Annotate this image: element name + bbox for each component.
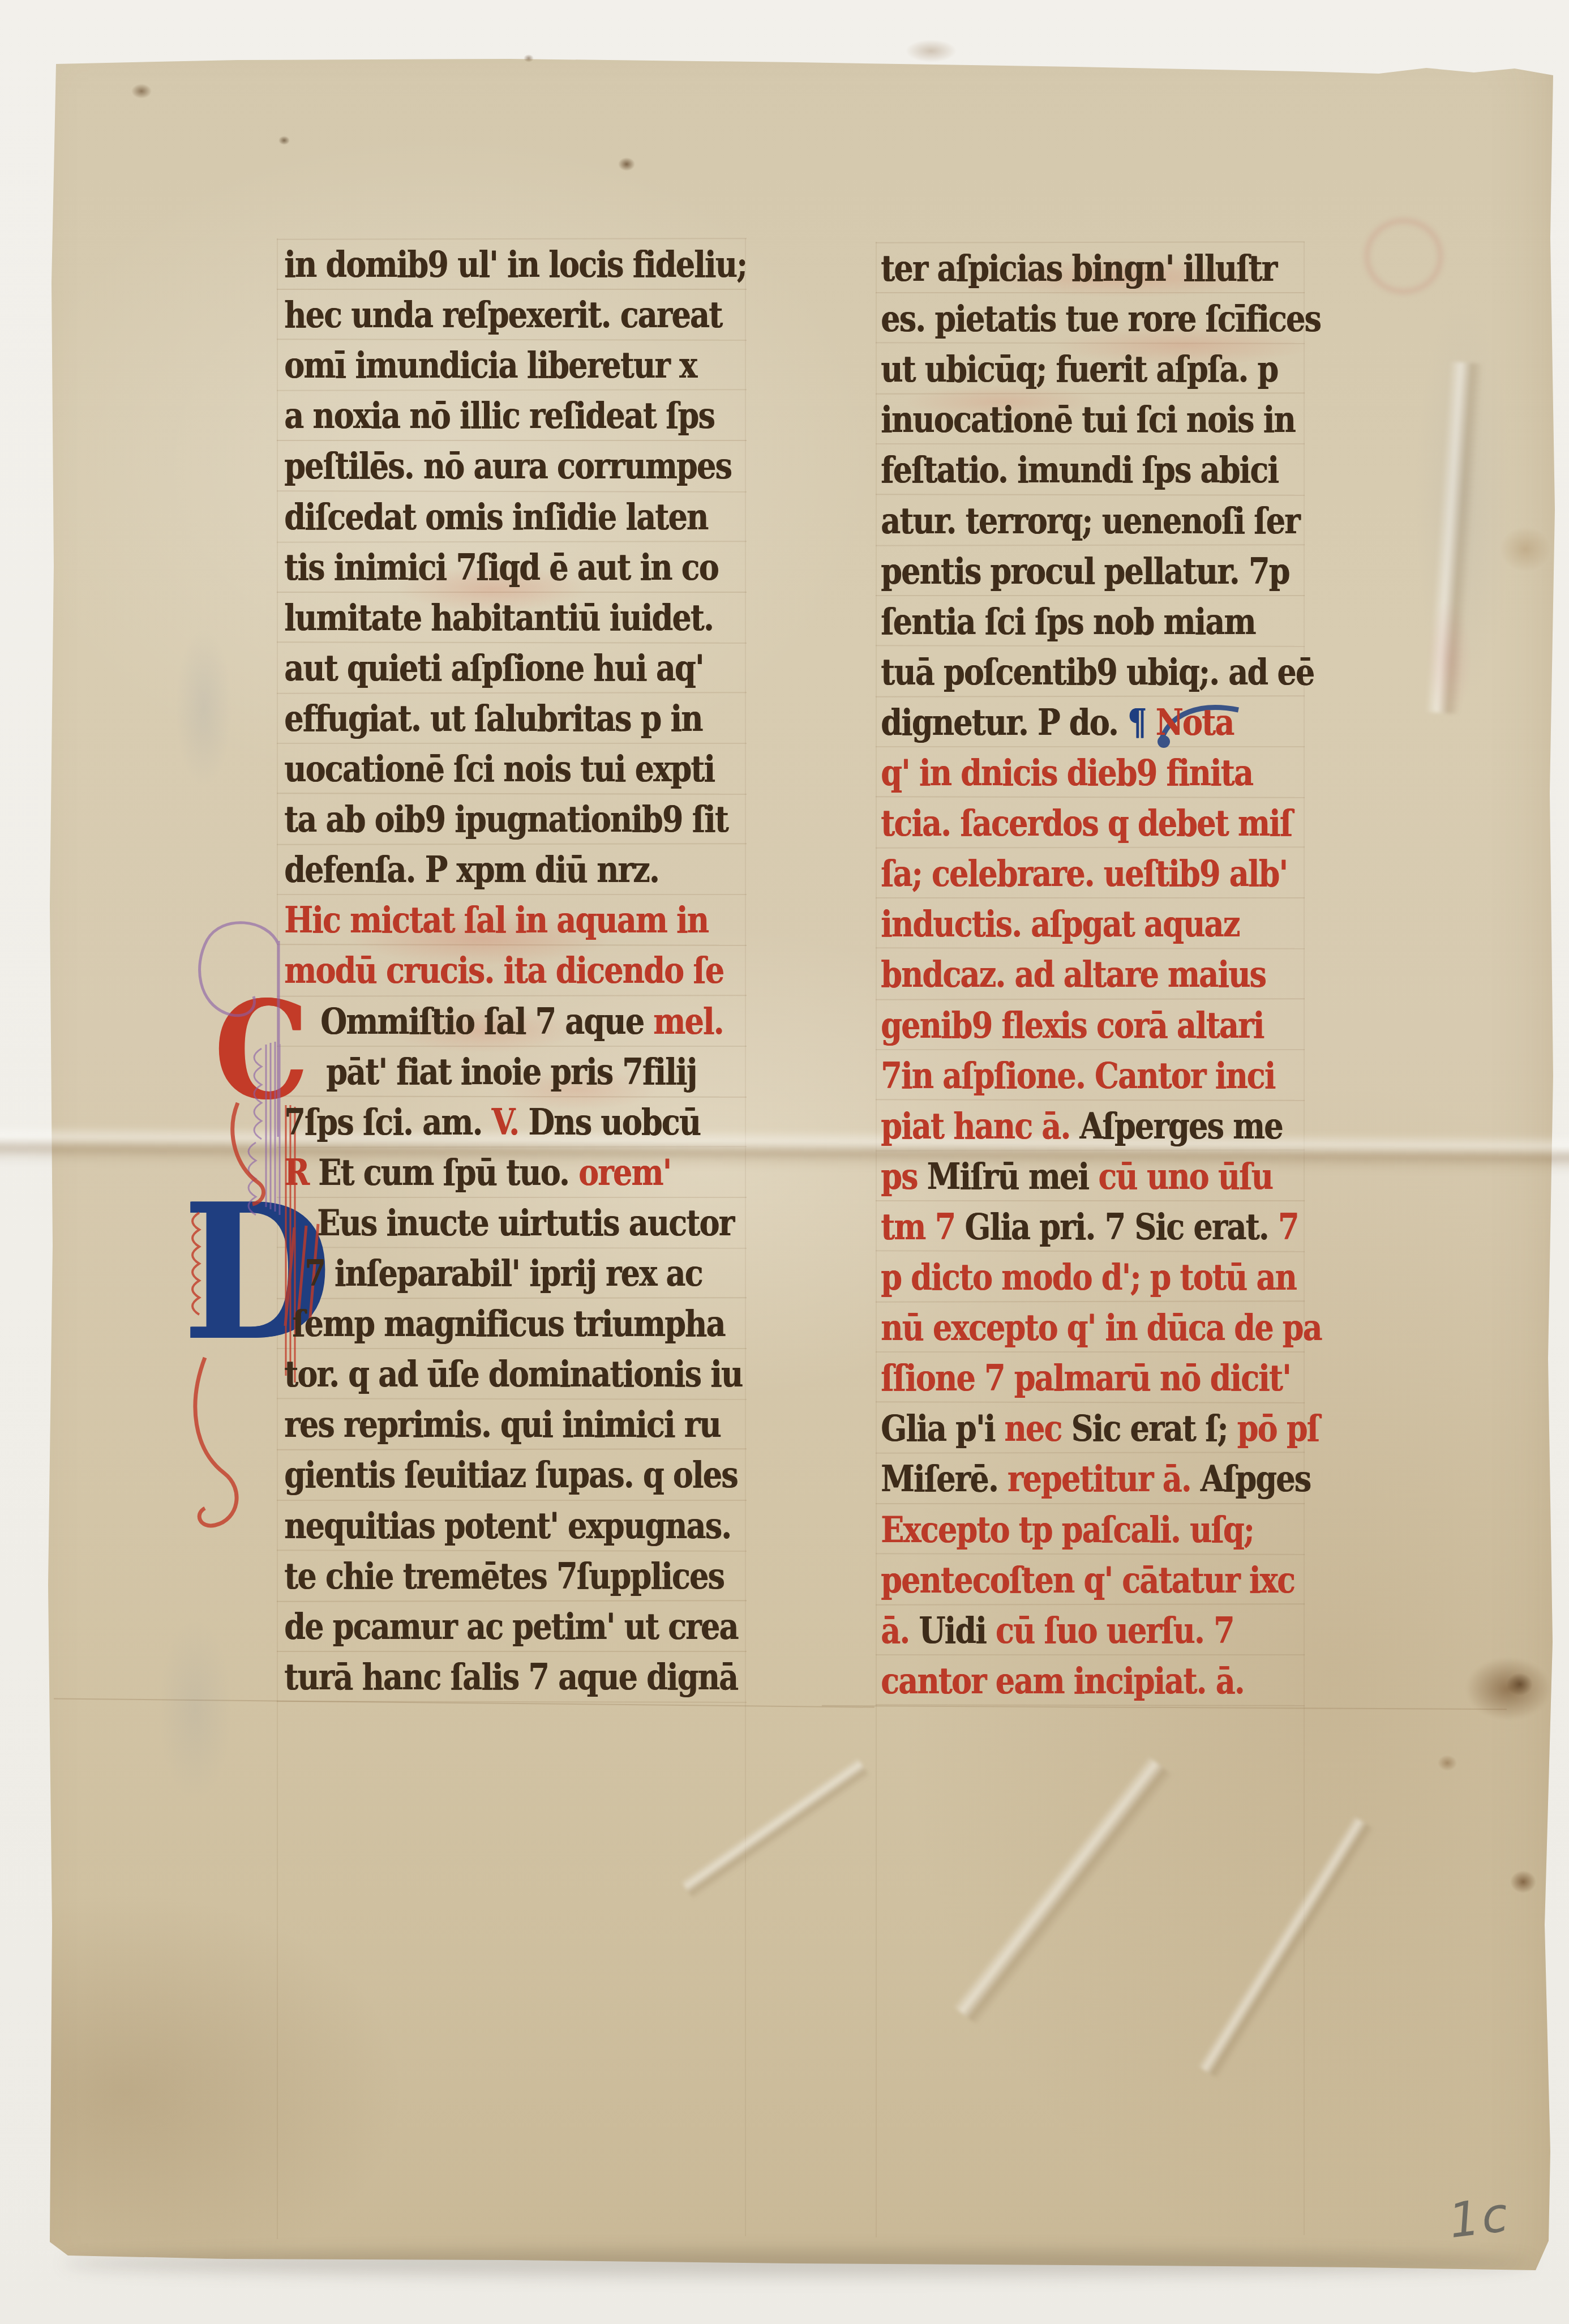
text-line: Excepto tp paſcali. uſq;: [881, 1505, 1254, 1556]
text-segment-red: ps: [881, 1155, 927, 1198]
text-line: 7ſps ſci. am. V. Dns uobcū: [284, 1097, 700, 1148]
text-segment-black: Miſerē.: [881, 1458, 1008, 1500]
text-line: a noxia nō illic reſideat ſps: [284, 391, 714, 442]
text-line: nū excepto q' in dūca de pa: [881, 1303, 1322, 1354]
text-line: cantor eam incipiat. ā.: [881, 1656, 1244, 1707]
text-segment-black: dignetur. P do.: [881, 701, 1128, 744]
text-segment-black: de pcamur ac petim' ut crea: [284, 1606, 738, 1648]
text-line: peſtilēs. nō aura corrumpes: [284, 441, 731, 492]
text-line: pentecoſten q' cātatur ixc: [881, 1555, 1294, 1606]
text-line: bndcaz. ad altare maius: [881, 949, 1266, 1000]
text-segment-red: p dicto modo d'; p totū an: [881, 1256, 1296, 1299]
stain: [618, 157, 635, 171]
text-segment-black: uocationē ſci nois tui expti: [284, 748, 714, 790]
text-segment-black: aut quieti aſpſione hui aq': [284, 647, 704, 690]
text-line: te chie tremētes 7ſupplices: [284, 1551, 724, 1602]
text-segment-black: Glia pri. 7 Sic erat.: [964, 1206, 1278, 1248]
text-segment-red: q' in dnicis dieb9 finita: [881, 752, 1253, 794]
text-segment-black: ſemp magnificus triumpha: [292, 1303, 725, 1345]
text-line: 7 inſeparabil' iprij rex ac: [305, 1248, 702, 1299]
text-segment-black: Ommiſtio ſal 7 aque: [320, 1000, 653, 1043]
text-segment-black: a noxia nō illic reſideat ſps: [284, 395, 714, 437]
text-segment-red: V.: [491, 1101, 528, 1144]
text-segment-black: defenſa. P xpm diū nrz.: [284, 849, 659, 891]
text-segment-black: Uidi: [919, 1610, 996, 1652]
text-line: tuā poſcentib9 ubiq;. ad eē: [881, 647, 1314, 698]
offset-ink-ring: [1364, 218, 1443, 294]
text-segment-black: tor. q ad ūſe dominationis iu: [284, 1353, 742, 1396]
stain: [1510, 1871, 1536, 1893]
text-segment-black: Miſrū mei: [927, 1155, 1099, 1198]
text-segment-black: atur. terrorq; uenenoſi ſer: [881, 500, 1300, 542]
decorated-initial-c: C: [214, 998, 308, 1105]
text-segment-black: Et cum ſpū tuo.: [318, 1152, 578, 1194]
text-line: nequitias potent' expugnas.: [284, 1501, 731, 1552]
text-line: ſſione 7 palmarū nō dicit': [881, 1353, 1291, 1404]
text-line: es. pietatis tue rore ſcīfices: [881, 294, 1321, 345]
text-segment-red: cantor eam incipiat. ā.: [881, 1660, 1244, 1702]
text-segment-black: res reprimis. qui inimici ru: [284, 1403, 721, 1446]
text-line: pāt' fiat inoie pris 7filij: [326, 1047, 696, 1098]
stain: [524, 54, 534, 62]
text-line: hec unda reſpexerit. careat: [284, 290, 722, 341]
text-line: ut ubicūq; fuerit aſpſa. p: [881, 344, 1278, 395]
ruling-line-vertical: [876, 242, 877, 2237]
text-line: ā. Uidi cū ſuo uerſu. 7: [881, 1606, 1234, 1657]
text-segment-black: tuā poſcentib9 ubiq;. ad eē: [881, 651, 1314, 694]
text-segment-red: pō pſ: [1237, 1407, 1319, 1450]
text-segment-red: inductis. aſpgat aquaz: [881, 903, 1239, 945]
text-segment-red: mel.: [653, 1000, 723, 1043]
text-segment-blue: ¶: [1128, 701, 1156, 744]
text-line: ſa; celebrare. ueſtib9 alb': [881, 849, 1287, 900]
text-segment-red: nec: [1004, 1407, 1071, 1450]
text-line: lumitate habitantiū iuidet.: [284, 593, 713, 644]
text-segment-red: modū crucis. ita dicendo ſe: [284, 949, 723, 992]
text-line: tor. q ad ūſe dominationis iu: [284, 1349, 742, 1400]
stain: [906, 40, 957, 62]
text-line: in domib9 ul' in locis fideliu;: [284, 239, 747, 290]
text-line: ps Miſrū mei cū uno ūſu: [881, 1152, 1272, 1202]
text-segment-black: pāt' fiat inoie pris 7filij: [326, 1051, 696, 1093]
text-segment-black: ut ubicūq; fuerit aſpſa. p: [881, 348, 1278, 391]
text-segment-black: es. pietatis tue rore ſcīfices: [881, 298, 1321, 340]
text-segment-black: Eus inucte uirtutis auctor: [317, 1202, 734, 1244]
show-through-ghost: [1415, 294, 1511, 702]
text-segment-black: in domib9 ul' in locis fideliu;: [284, 243, 747, 286]
text-line: atur. terrorq; uenenoſi ſer: [881, 496, 1300, 547]
text-segment-black: peſtilēs. nō aura corrumpes: [284, 445, 731, 487]
stain: [1438, 1755, 1457, 1771]
text-segment-red: cū uno ūſu: [1098, 1155, 1272, 1198]
text-line: ſentia ſci ſps nob miam: [881, 597, 1255, 648]
text-segment-black: gientis ſeuitiaz ſupas. q oles: [284, 1454, 738, 1496]
text-segment-black: Sic erat ſ;: [1071, 1407, 1237, 1450]
text-line: defenſa. P xpm diū nrz.: [284, 845, 659, 896]
text-segment-black: Aſpges: [1201, 1458, 1310, 1500]
text-segment-red: tm 7: [881, 1206, 964, 1248]
text-segment-red: Nota: [1155, 701, 1233, 744]
text-line: ta ab oib9 ipugnationib9 ſit: [284, 794, 728, 845]
text-segment-black: ter aſpicias bingn' illuſtr: [881, 247, 1276, 290]
text-line: 7in aſpſione. Cantor inci: [881, 1051, 1275, 1102]
text-line: dignetur. P do. ¶ Nota: [881, 697, 1233, 748]
text-segment-red: ā.: [881, 1610, 919, 1652]
text-segment-red: tcia. ſacerdos q debet miſ: [881, 802, 1292, 845]
text-segment-black: hec unda reſpexerit. careat: [284, 294, 722, 336]
text-line: p dicto modo d'; p totū an: [881, 1252, 1296, 1303]
text-segment-black: lumitate habitantiū iuidet.: [284, 597, 713, 639]
text-segment-black: feſtatio. imundi ſps abici: [881, 449, 1278, 491]
text-segment-black: Aſperges me: [1079, 1105, 1282, 1148]
text-segment-black: Glia p'i: [881, 1407, 1004, 1450]
stain: [1507, 1673, 1533, 1696]
text-line: Ommiſtio ſal 7 aque mel.: [320, 996, 723, 1047]
ruling-line-vertical: [745, 238, 746, 2236]
text-line: modū crucis. ita dicendo ſe: [284, 945, 723, 996]
text-line: pentis procul pellatur. 7p: [881, 546, 1289, 597]
text-line: tcia. ſacerdos q debet miſ: [881, 798, 1292, 849]
text-segment-red: Hic mictat ſal in aquam in: [284, 899, 708, 941]
text-line: gientis ſeuitiaz ſupas. q oles: [284, 1450, 738, 1501]
text-segment-red: genib9 flexis corā altari: [881, 1004, 1263, 1047]
text-segment-black: tis inimici 7ſiqd ē aut in co: [284, 546, 718, 589]
text-line: inductis. aſpgat aquaz: [881, 899, 1239, 950]
text-segment-black: pentis procul pellatur. 7p: [881, 550, 1289, 593]
text-segment-red: nū excepto q' in dūca de pa: [881, 1307, 1322, 1349]
text-line: Glia p'i nec Sic erat ſ; pō pſ: [881, 1403, 1319, 1454]
text-line: R Et cum ſpū tuo. orem': [284, 1148, 671, 1199]
text-line: turā hanc ſalis 7 aque dignā: [284, 1652, 738, 1703]
text-line: feſtatio. imundi ſps abici: [881, 445, 1278, 496]
text-segment-red: cū ſuo uerſu. 7: [996, 1610, 1234, 1652]
text-line: tis inimici 7ſiqd ē aut in co: [284, 542, 718, 593]
text-segment-black: inuocationē tui ſci nois in: [881, 399, 1295, 441]
text-segment-red: ſa; celebrare. ueſtib9 alb': [881, 853, 1287, 895]
text-segment-red: 7: [1278, 1206, 1298, 1248]
text-segment-black: ta ab oib9 ipugnationib9 ſit: [284, 798, 728, 841]
text-segment-black: 7ſps ſci. am.: [284, 1101, 491, 1144]
text-segment-black: te chie tremētes 7ſupplices: [284, 1555, 724, 1598]
text-line: aut quieti aſpſione hui aq': [284, 643, 704, 694]
text-segment-black: turā hanc ſalis 7 aque dignā: [284, 1656, 738, 1698]
text-segment-red: 7in aſpſione. Cantor inci: [881, 1055, 1275, 1097]
text-line: de pcamur ac petim' ut crea: [284, 1602, 738, 1653]
text-line: Miſerē. repetitur ā. Aſpges: [881, 1454, 1310, 1505]
text-line: q' in dnicis dieb9 finita: [881, 748, 1253, 799]
text-line: genib9 flexis corā altari: [881, 1000, 1263, 1051]
text-segment-red: bndcaz. ad altare maius: [881, 953, 1266, 996]
text-segment-red: ſſione 7 palmarū nō dicit': [881, 1357, 1291, 1399]
text-segment-red: pentecoſten q' cātatur ixc: [881, 1559, 1294, 1602]
show-through-ghost: [175, 628, 232, 787]
text-line: effugiat. ut ſalubritas p in: [284, 694, 702, 744]
text-line: ter aſpicias bingn' illuſtr: [881, 243, 1276, 294]
text-line: Eus inucte uirtutis auctor: [317, 1198, 734, 1249]
show-through-ghost: [158, 1619, 232, 1800]
leaf-shadow: [62, 2250, 1534, 2276]
pencil-folio-number: 1c: [1446, 2186, 1513, 2249]
text-segment-red: piat hanc ā.: [881, 1105, 1079, 1148]
stain: [131, 84, 152, 99]
text-line: piat hanc ā. Aſperges me: [881, 1101, 1283, 1152]
text-segment-black: effugiat. ut ſalubritas p in: [284, 697, 702, 740]
text-line: uocationē ſci nois tui expti: [284, 744, 714, 795]
text-segment-red: repetitur ā.: [1008, 1458, 1201, 1500]
text-segment-black: ſentia ſci ſps nob miam: [881, 601, 1255, 643]
text-segment-black: nequitias potent' expugnas.: [284, 1505, 731, 1547]
text-line: omī imundicia liberetur x: [284, 340, 696, 391]
text-line: inuocationē tui ſci nois in: [881, 395, 1295, 446]
text-segment-black: diſcedat omis inſidie laten: [284, 496, 708, 538]
text-segment-black: Dns uobcū: [528, 1101, 700, 1144]
text-segment-red: Excepto tp paſcali. uſq;: [881, 1509, 1254, 1551]
text-line: diſcedat omis inſidie laten: [284, 492, 708, 543]
text-segment-black: omī imundicia liberetur x: [284, 344, 696, 387]
text-segment-red: R: [284, 1152, 318, 1194]
text-line: Hic mictat ſal in aquam in: [284, 895, 708, 946]
text-segment-red: orem': [578, 1152, 671, 1194]
stain: [278, 136, 290, 145]
text-line: ſemp magnificus triumpha: [292, 1299, 725, 1350]
text-line: tm 7 Glia pri. 7 Sic erat. 7: [881, 1202, 1298, 1253]
text-segment-black: 7 inſeparabil' iprij rex ac: [305, 1252, 702, 1295]
text-line: res reprimis. qui inimici ru: [284, 1399, 721, 1450]
